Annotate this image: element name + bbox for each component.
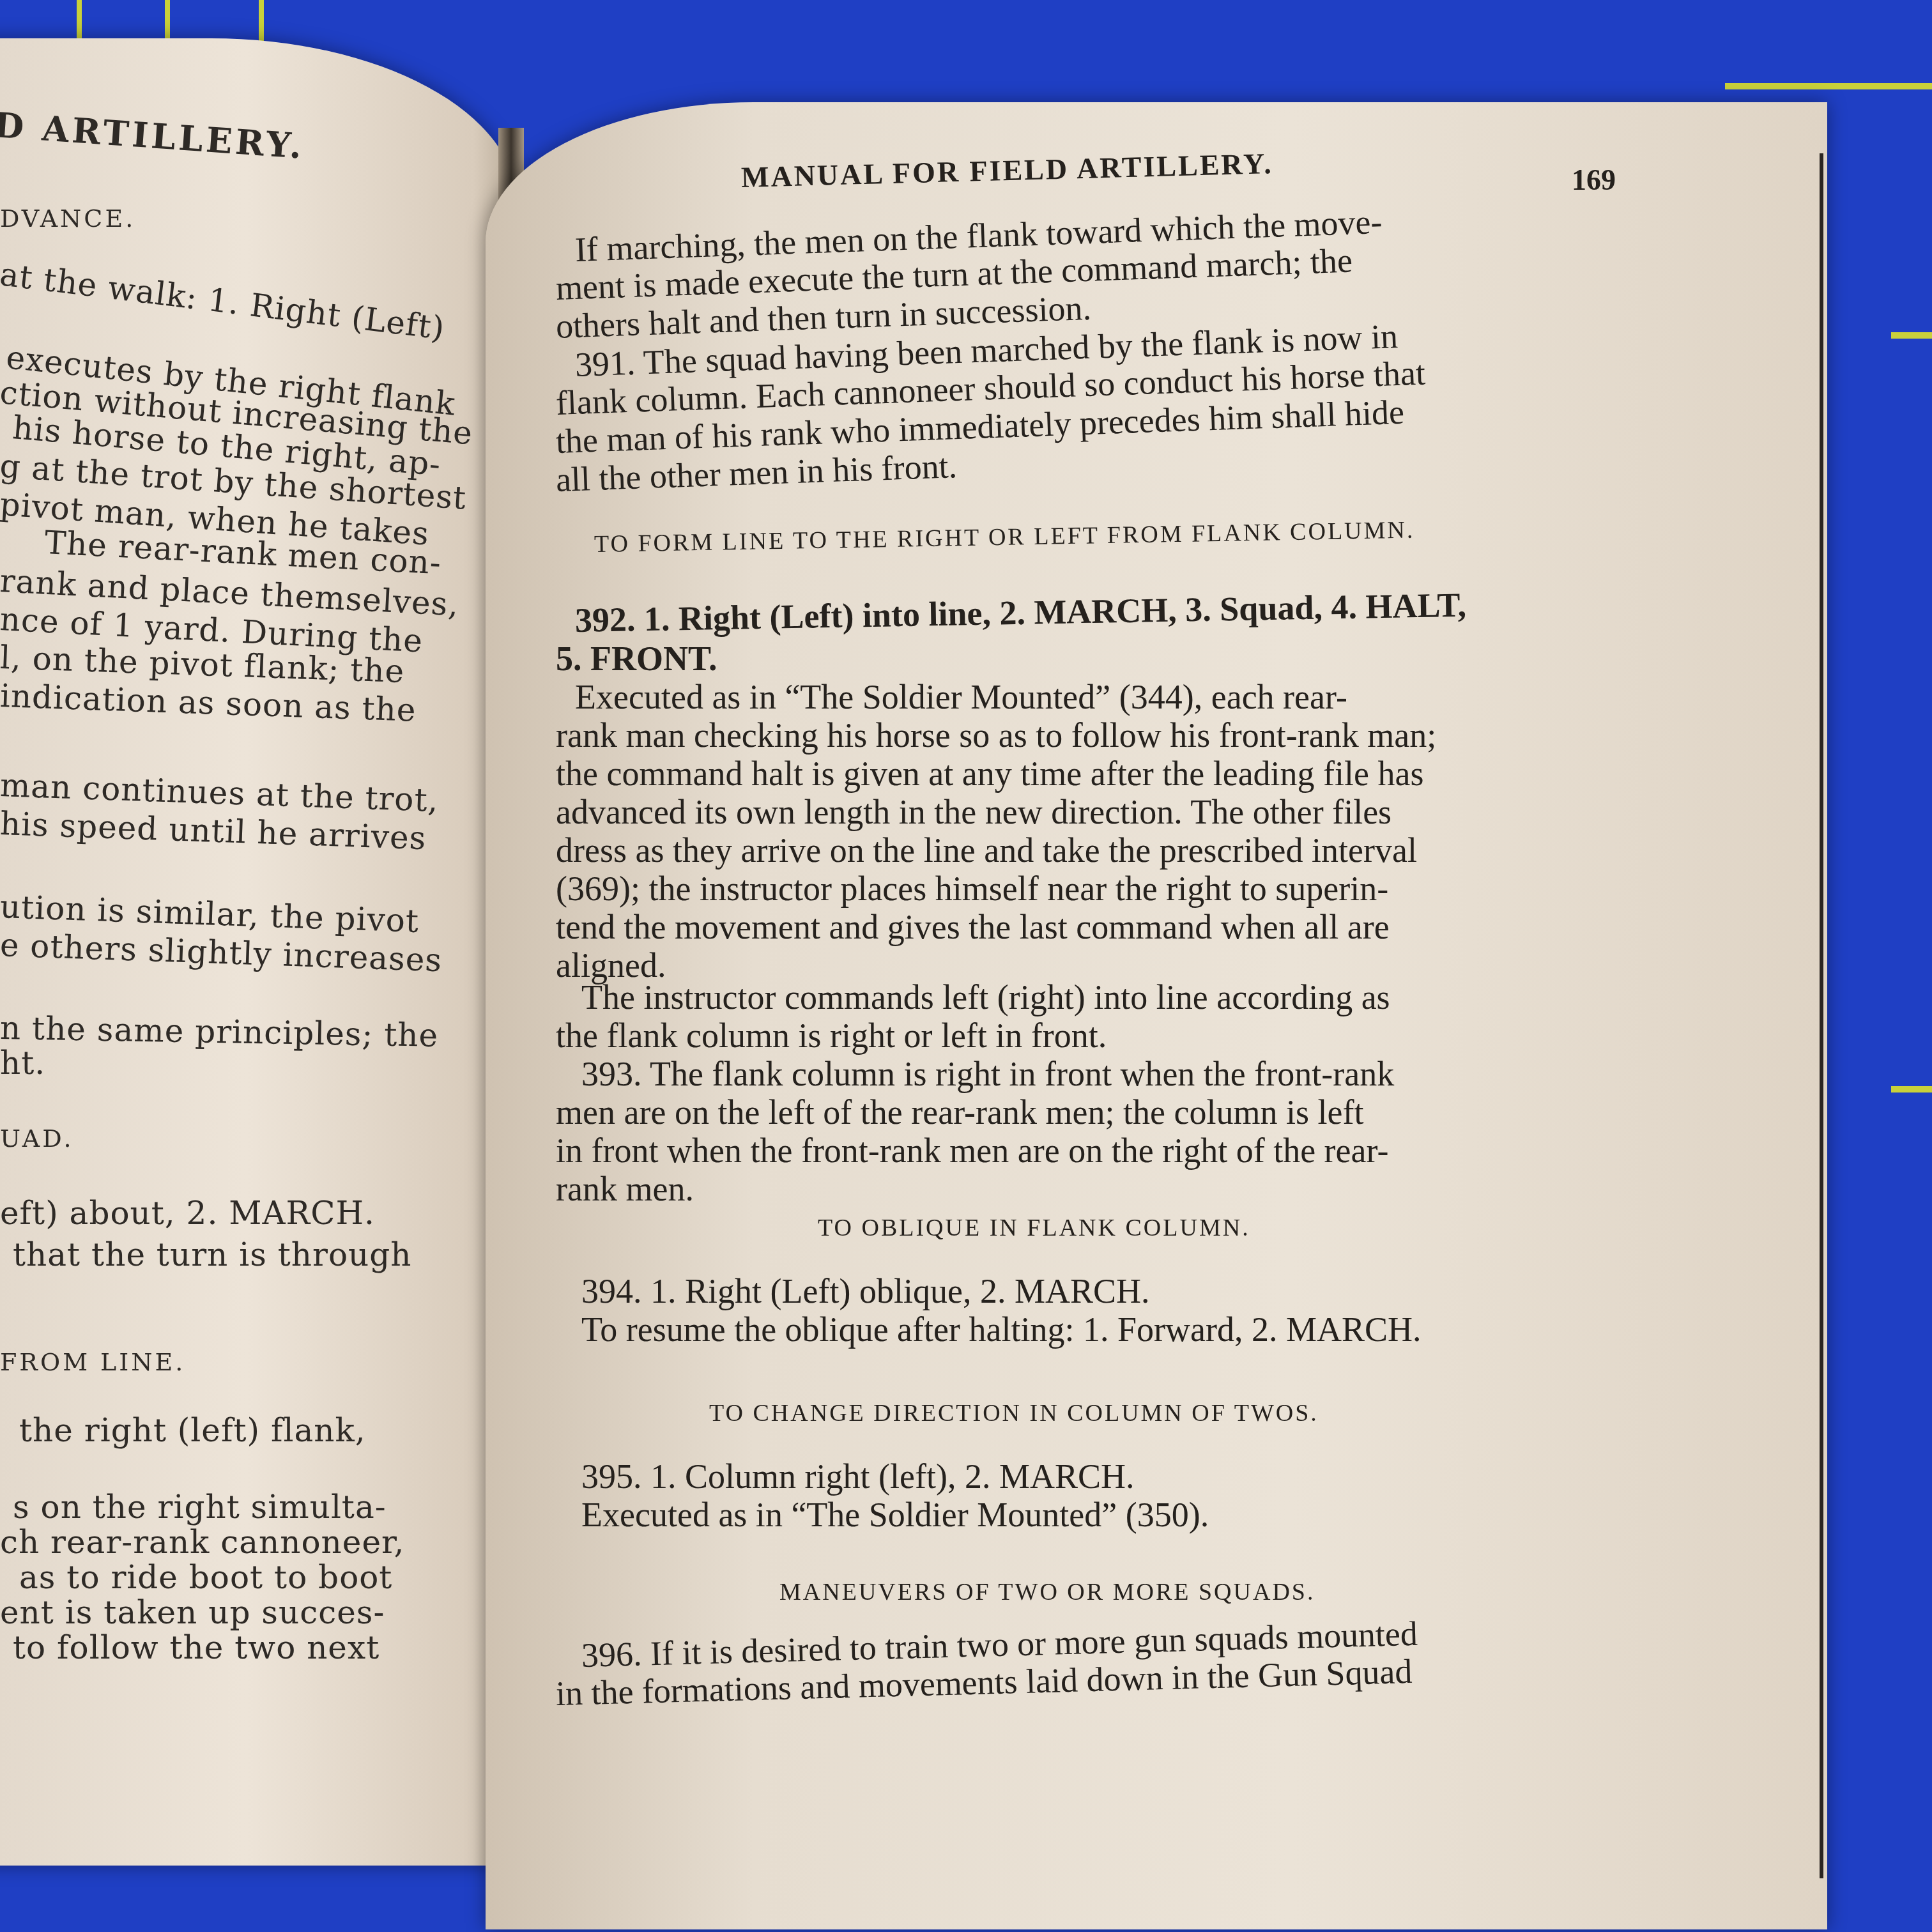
paragraph-line: Executed as in “The Soldier Mounted” (34… — [575, 677, 1347, 717]
section-heading: TO CHANGE DIRECTION IN COLUMN OF TWOS. — [709, 1399, 1319, 1427]
command-line: 395. 1. Column right (left), 2. MARCH. — [581, 1457, 1134, 1496]
paragraph-line: tend the movement and gives the last com… — [556, 907, 1390, 947]
page-edge — [1820, 153, 1823, 1878]
grid-line — [1725, 83, 1932, 89]
section-heading: TO OBLIQUE IN FLANK COLUMN. — [818, 1214, 1250, 1242]
left-line: ent is taken up succes- — [0, 1594, 385, 1631]
paragraph-line: To resume the oblique after halting: 1. … — [581, 1310, 1421, 1349]
paragraph-line: (369); the instructor places himself nea… — [556, 869, 1388, 908]
grid-line — [1891, 332, 1932, 339]
left-line: n the same principles; the — [0, 1009, 439, 1054]
left-command: eft) about, 2. MARCH. — [0, 1195, 375, 1232]
paragraph-line: rank man checking his horse so as to fol… — [556, 716, 1436, 755]
page-number: 169 — [1572, 163, 1616, 197]
left-line: that the turn is through — [13, 1236, 411, 1273]
paragraph-line: dress as they arrive on the line and tak… — [556, 831, 1417, 870]
left-line: to follow the two next — [13, 1629, 379, 1666]
left-line: as to ride boot to boot — [19, 1559, 392, 1596]
left-section-heading: DVANCE. — [0, 204, 135, 233]
left-line: ht. — [0, 1045, 45, 1082]
grid-line — [1891, 1086, 1932, 1092]
paragraph-line: men are on the left of the rear-rank men… — [556, 1092, 1363, 1132]
left-command: the right (left) flank, — [19, 1412, 366, 1449]
left-line: ch rear-rank cannoneer, — [0, 1524, 404, 1561]
paragraph-line: the flank column is right or left in fro… — [556, 1016, 1107, 1055]
left-line: s on the right simulta- — [13, 1489, 387, 1526]
left-section-heading: FROM LINE. — [0, 1348, 185, 1376]
left-section-heading: UAD. — [0, 1124, 74, 1153]
paragraph-line: Executed as in “The Soldier Mounted” (35… — [581, 1495, 1209, 1535]
paragraph-line: advanced its own length in the new direc… — [556, 792, 1391, 832]
command-line: 5. FRONT. — [556, 639, 717, 678]
paragraph-line: the command halt is given at any time af… — [556, 754, 1424, 793]
paragraph-line: The instructor commands left (right) int… — [581, 977, 1390, 1017]
paragraph-line: rank men. — [556, 1169, 694, 1209]
command-line: 394. 1. Right (Left) oblique, 2. MARCH. — [581, 1271, 1149, 1311]
section-heading: MANEUVERS OF TWO OR MORE SQUADS. — [779, 1578, 1315, 1606]
paragraph-line: 393. The flank column is right in front … — [581, 1054, 1394, 1094]
paragraph-line: in front when the front-rank men are on … — [556, 1131, 1388, 1170]
